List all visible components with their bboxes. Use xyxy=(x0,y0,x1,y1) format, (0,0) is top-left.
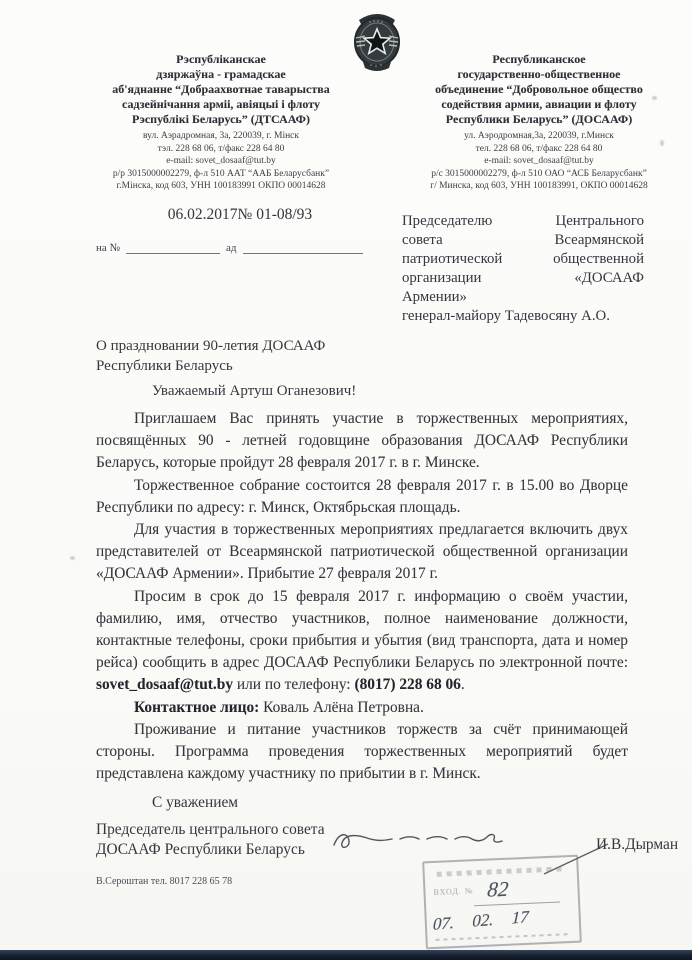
signature-position: Председатель центрального совета ДОСААФ … xyxy=(96,820,325,860)
addressee-line: Армении» xyxy=(402,288,644,307)
scan-speck xyxy=(652,96,657,100)
org-name-russian: Республиканское государственно-обществен… xyxy=(398,52,680,127)
reply-date-blank xyxy=(243,243,363,254)
header-right-column: Республиканское государственно-обществен… xyxy=(398,52,680,193)
stamp-number-handwritten: 82 xyxy=(487,880,509,899)
scanned-letter-page: Рэспубліканскае дзяржаўна - грамадскае а… xyxy=(0,0,692,960)
address-line: вул. Аэрадромная, 3а, 220039, г. Мінск xyxy=(92,130,350,143)
address-line: тел. 228 68 06, т/факс 228 64 80 xyxy=(398,143,680,156)
addressee-line: патриотической общественной xyxy=(402,250,644,269)
stamp-date-handwritten: 07. 02. 17 xyxy=(433,907,530,935)
paragraph-text: или по телефону: xyxy=(233,676,354,693)
stamp-date-underline xyxy=(436,933,570,941)
contact-phone: (8017) 228 68 06 xyxy=(354,676,460,693)
address-line: р/р 3015000002279, ф-л 510 ААТ “ААБ Бела… xyxy=(92,168,350,181)
stamp-faint-text-line xyxy=(437,866,563,876)
address-line-email: e-mail: sovet_dosaaf@tut.by xyxy=(92,155,350,168)
address-line: р/с 3015000002279, ф-л 510 ОАО “АСБ Бела… xyxy=(398,168,680,181)
address-line: тэл. 228 68 06, т/факс 228 64 80 xyxy=(92,143,350,156)
addressee-recipient-name: генерал-майору Тадевосяну А.О. xyxy=(402,307,644,326)
org-name-belarusian: Рэспубліканскае дзяржаўна - грамадскае а… xyxy=(92,52,350,127)
scan-speck xyxy=(70,556,75,560)
contact-person-label: Контактное лицо: xyxy=(134,699,259,716)
paragraph-text: . xyxy=(461,676,465,693)
addressee-line: организации «ДОСААФ xyxy=(402,269,644,288)
address-line-email: e-mail: sovet_dosaaf@tut.by xyxy=(398,155,680,168)
addressee-block: Председателю Центрального совета Всеармя… xyxy=(402,212,644,326)
org-address-russian: ул. Аэродромная,3а, 220039, г.Минск тел.… xyxy=(398,130,680,193)
org-address-belarusian: вул. Аэрадромная, 3а, 220039, г. Мінск т… xyxy=(92,130,350,193)
stamp-number-underline xyxy=(474,901,560,906)
subject-line: О праздновании 90-летия ДОСААФ Республик… xyxy=(96,337,436,376)
closing-phrase: С уважением xyxy=(152,794,238,812)
letter-body: Приглашаем Вас принять участие в торжест… xyxy=(96,408,628,785)
paragraph-text: Просим в срок до 15 февраля 2017 г. инфо… xyxy=(96,588,628,672)
stamp-field-label: вход. № xyxy=(433,886,474,901)
stamp-number-row: вход. № 82 xyxy=(433,877,570,901)
scan-speck xyxy=(660,140,664,146)
scan-bottom-edge xyxy=(0,950,692,960)
address-line: г/ Минска, код 603, УНН 100183991, ОКПО … xyxy=(398,180,680,193)
incoming-stamp: вход. № 82 07. 02. 17 xyxy=(422,855,582,950)
reply-prefix-label: на № xyxy=(96,242,120,254)
header-left-column: Рэспубліканскае дзяржаўна - грамадскае а… xyxy=(92,52,350,193)
body-paragraph-4: Просим в срок до 15 февраля 2017 г. инфо… xyxy=(96,586,628,697)
contact-email: sovet_dosaaf@tut.by xyxy=(96,676,233,693)
signature-position-line: Председатель центрального совета xyxy=(96,820,325,840)
body-paragraph-1: Приглашаем Вас принять участие в торжест… xyxy=(96,408,628,475)
addressee-line: Председателю Центрального xyxy=(402,212,644,231)
contact-person-line: Контактное лицо: Коваль Алёна Петровна. xyxy=(96,697,628,719)
body-paragraph-3: Для участия в торжественных мероприятиях… xyxy=(96,519,628,586)
address-line: ул. Аэродромная,3а, 220039, г.Минск xyxy=(398,130,680,143)
address-line: г.Мінска, код 603, УНН 100183991 ОКПО 00… xyxy=(92,180,350,193)
outgoing-date-number: 06.02.2017№ 01-08/93 xyxy=(108,206,372,224)
contact-person-name: Коваль Алёна Петровна. xyxy=(259,699,424,716)
signature-scribble xyxy=(330,831,546,857)
salutation: Уважаемый Артуш Оганезович! xyxy=(152,383,356,400)
executor-contact: В.Сероштан тел. 8017 228 65 78 xyxy=(96,876,232,887)
signature-position-line: ДОСААФ Республики Беларусь xyxy=(96,840,325,860)
body-paragraph-6: Проживание и питание участников торжеств… xyxy=(96,719,628,786)
body-paragraph-2: Торжественное собрание состоится 28 февр… xyxy=(96,475,628,519)
reply-number-blank xyxy=(126,243,220,254)
addressee-line: совета Всеармянской xyxy=(402,231,644,250)
reply-reference-line: на № ад xyxy=(96,242,369,254)
reply-mid-label: ад xyxy=(226,242,236,254)
